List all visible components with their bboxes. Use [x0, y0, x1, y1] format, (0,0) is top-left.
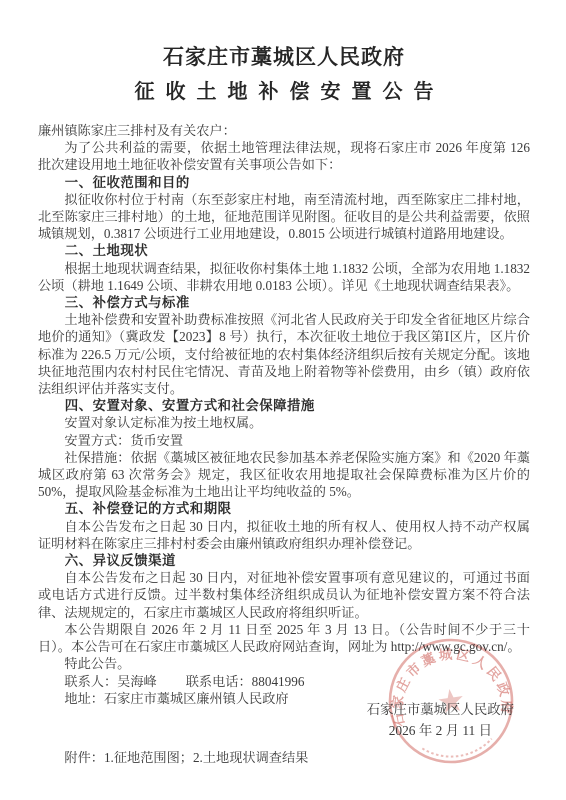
- contact-phone-label: 联系电话：: [186, 674, 252, 689]
- section-heading: 三、补偿方式与标准: [38, 294, 530, 311]
- section-resettlement-social-security: 四、安置对象、安置方式和社会保障措施 安置对象认定标准为按土地权属。 安置方式：…: [38, 397, 530, 500]
- section-paragraph: 拟征收你村位于村南（东至彭家庄村地，南至清流村地，西至陈家庄二排村地，北至陈家庄…: [38, 191, 530, 243]
- section-heading: 六、异议反馈渠道: [38, 552, 530, 569]
- attachment-line: 附件：1.征地范围图；2.土地现状调查结果: [38, 749, 308, 766]
- salutation: 廉州镇陈家庄三排村及有关农户：: [38, 122, 530, 139]
- address-label: 地址：: [64, 691, 104, 706]
- announcement-title: 征收土地补偿安置公告: [38, 79, 530, 105]
- section-paragraph: 根据土地现状调查结果，拟征收你村集体土地 1.1832 公顷，全部为农用地 1.…: [38, 260, 530, 294]
- section-paragraph: 社保措施：依据《藁城区被征地农民参加基本养老保险实施方案》和《2020 年藁城区…: [38, 449, 530, 501]
- address-value: 石家庄市藁城区廉州镇人民政府: [104, 691, 289, 706]
- section-paragraph: 自本公告发布之日起 30 日内，对征地补偿安置事项有意见建议的，可通过书面或电话…: [38, 569, 530, 621]
- signature-block: 石家庄市藁城区人民政府 2026 年 2 月 11 日: [367, 699, 514, 741]
- section-paragraph: 安置对象认定标准为按土地权属。: [38, 414, 530, 431]
- issuing-authority-title: 石家庄市藁城区人民政府: [38, 44, 530, 70]
- intro-paragraph: 为了公共利益的需要，依据土地管理法律法规，现将石家庄市 2026 年度第 126…: [38, 139, 530, 173]
- section-heading: 四、安置对象、安置方式和社会保障措施: [38, 397, 530, 414]
- announcement-document-page: 石家庄市藁城区人民政府 征收土地补偿安置公告 廉州镇陈家庄三排村及有关农户： 为…: [0, 0, 566, 800]
- document-content: 石家庄市藁城区人民政府 征收土地补偿安置公告 廉州镇陈家庄三排村及有关农户： 为…: [0, 0, 566, 708]
- section-heading: 一、征收范围和目的: [38, 174, 530, 191]
- section-heading: 二、土地现状: [38, 242, 530, 259]
- section-paragraph: 安置方式：货币安置: [38, 432, 530, 449]
- section-paragraph: 土地补偿费和安置补助费标准按照《河北省人民政府关于印发全省征地区片综合地价的通知…: [38, 311, 530, 397]
- section-objection-feedback: 六、异议反馈渠道 自本公告发布之日起 30 日内，对征地补偿安置事项有意见建议的…: [38, 552, 530, 655]
- seal-serial-squiggle: [422, 739, 493, 761]
- contact-person-name: 吴海峰: [117, 674, 157, 689]
- section-heading: 五、补偿登记的方式和期限: [38, 500, 530, 517]
- section-paragraph: 自本公告发布之日起 30 日内，拟征收土地的所有权人、使用权人持不动产权属证明材…: [38, 518, 530, 552]
- signature-issuer: 石家庄市藁城区人民政府: [367, 699, 514, 720]
- contact-person-label: 联系人：: [64, 674, 117, 689]
- contact-line: 联系人：吴海峰联系电话：88041996: [38, 673, 530, 691]
- closing-statement: 特此公告。: [38, 655, 530, 672]
- contact-phone-number: 88041996: [252, 674, 305, 689]
- section-compensation-standard: 三、补偿方式与标准 土地补偿费和安置补助费标准按照《河北省人民政府关于印发全省征…: [38, 294, 530, 397]
- signature-date: 2026 年 2 月 11 日: [367, 720, 514, 741]
- section-registration-deadline: 五、补偿登记的方式和期限 自本公告发布之日起 30 日内，拟征收土地的所有权人、…: [38, 500, 530, 552]
- section-paragraph: 本公告期限自 2026 年 2 月 11 日至 2025 年 3 月 13 日。…: [38, 621, 530, 655]
- section-land-status: 二、土地现状 根据土地现状调查结果，拟征收你村集体土地 1.1832 公顷，全部…: [38, 242, 530, 294]
- section-scope-purpose: 一、征收范围和目的 拟征收你村位于村南（东至彭家庄村地，南至清流村地，西至陈家庄…: [38, 174, 530, 243]
